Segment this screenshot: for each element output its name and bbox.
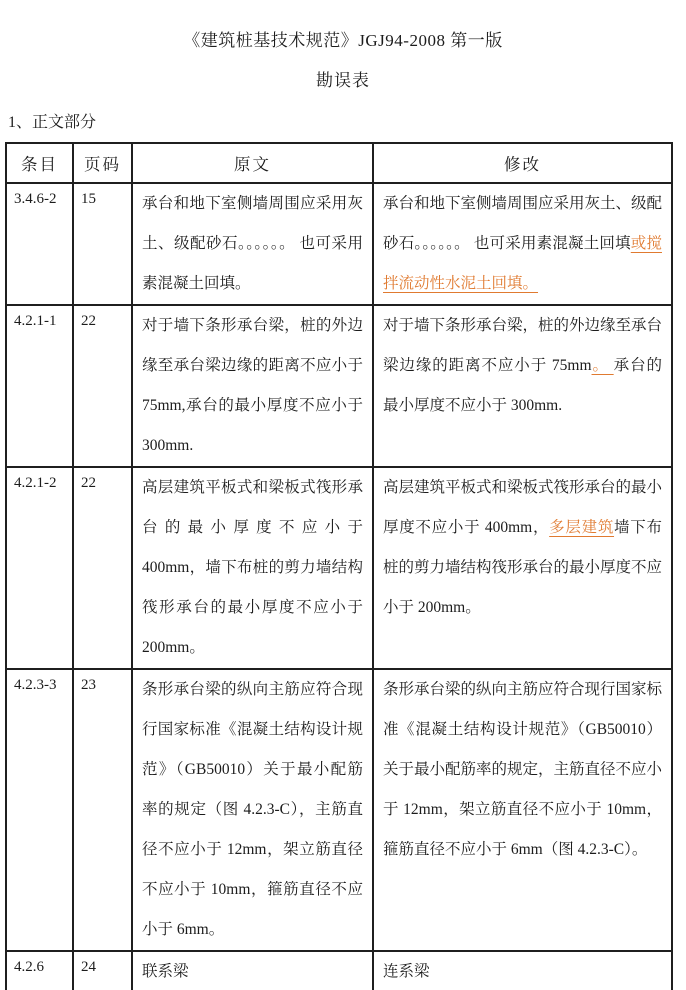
table-row: 4.2.1-222高层建筑平板式和梁板式筏形承台的最小厚度不应小于 400mm，… <box>6 467 672 669</box>
item-cell: 3.4.6-2 <box>6 183 73 305</box>
table-row: 4.2.624联系梁连系梁 <box>6 951 672 990</box>
revised-text-cell: 条形承台梁的纵向主筋应符合现行国家标准《混凝土结构设计规范》（GB50010）关… <box>373 669 672 951</box>
original-text-cell: 条形承台梁的纵向主筋应符合现行国家标准《混凝土结构设计规范》（GB50010）关… <box>132 669 373 951</box>
header-original: 原文 <box>132 143 373 183</box>
page-cell: 22 <box>73 467 132 669</box>
page-cell: 22 <box>73 305 132 467</box>
page-cell: 24 <box>73 951 132 990</box>
document-title: 《建筑桩基技术规范》JGJ94-2008 第一版 <box>0 0 686 52</box>
item-cell: 4.2.1-2 <box>6 467 73 669</box>
errata-table: 条目 页码 原文 修改 3.4.6-215承台和地下室侧墙周围应采用灰土、级配砂… <box>5 142 673 990</box>
revised-text-cell: 高层建筑平板式和梁板式筏形承台的最小厚度不应小于 400mm，多层建筑墙下布桩的… <box>373 467 672 669</box>
original-text-cell: 对于墙下条形承台梁，桩的外边缘至承台梁边缘的距离不应小于 75mm,承台的最小厚… <box>132 305 373 467</box>
item-cell: 4.2.1-1 <box>6 305 73 467</box>
revision-text: 承台和地下室侧墙周围应采用灰土、级配砂石。。。。。。 也可采用素混凝土回填 <box>383 195 662 252</box>
header-page: 页码 <box>73 143 132 183</box>
item-cell: 4.2.3-3 <box>6 669 73 951</box>
revision-highlight: 多层建筑 <box>549 519 614 536</box>
table-row: 4.2.1-122对于墙下条形承台梁，桩的外边缘至承台梁边缘的距离不应小于 75… <box>6 305 672 467</box>
item-cell: 4.2.6 <box>6 951 73 990</box>
revision-text: 连系梁 <box>383 963 430 980</box>
table-row: 4.2.3-323条形承台梁的纵向主筋应符合现行国家标准《混凝土结构设计规范》（… <box>6 669 672 951</box>
table-row: 3.4.6-215承台和地下室侧墙周围应采用灰土、级配砂石。。。。。。 也可采用… <box>6 183 672 305</box>
revision-highlight: 。 <box>592 357 614 374</box>
header-item: 条目 <box>6 143 73 183</box>
section-heading: 1、正文部分 <box>8 112 686 134</box>
revised-text-cell: 连系梁 <box>373 951 672 990</box>
revised-text-cell: 承台和地下室侧墙周围应采用灰土、级配砂石。。。。。。 也可采用素混凝土回填或搅拌… <box>373 183 672 305</box>
original-text-cell: 承台和地下室侧墙周围应采用灰土、级配砂石。。。。。。 也可采用素混凝土回填。 <box>132 183 373 305</box>
page-cell: 15 <box>73 183 132 305</box>
revised-text-cell: 对于墙下条形承台梁，桩的外边缘至承台梁边缘的距离不应小于 75mm。 承台的最小… <box>373 305 672 467</box>
document-subtitle: 勘误表 <box>0 70 686 92</box>
table-header-row: 条目 页码 原文 修改 <box>6 143 672 183</box>
original-text-cell: 联系梁 <box>132 951 373 990</box>
page-cell: 23 <box>73 669 132 951</box>
header-revised: 修改 <box>373 143 672 183</box>
original-text-cell: 高层建筑平板式和梁板式筏形承台的最小厚度不应小于 400mm，墙下布桩的剪力墙结… <box>132 467 373 669</box>
revision-text: 条形承台梁的纵向主筋应符合现行国家标准《混凝土结构设计规范》（GB50010）关… <box>383 681 662 858</box>
